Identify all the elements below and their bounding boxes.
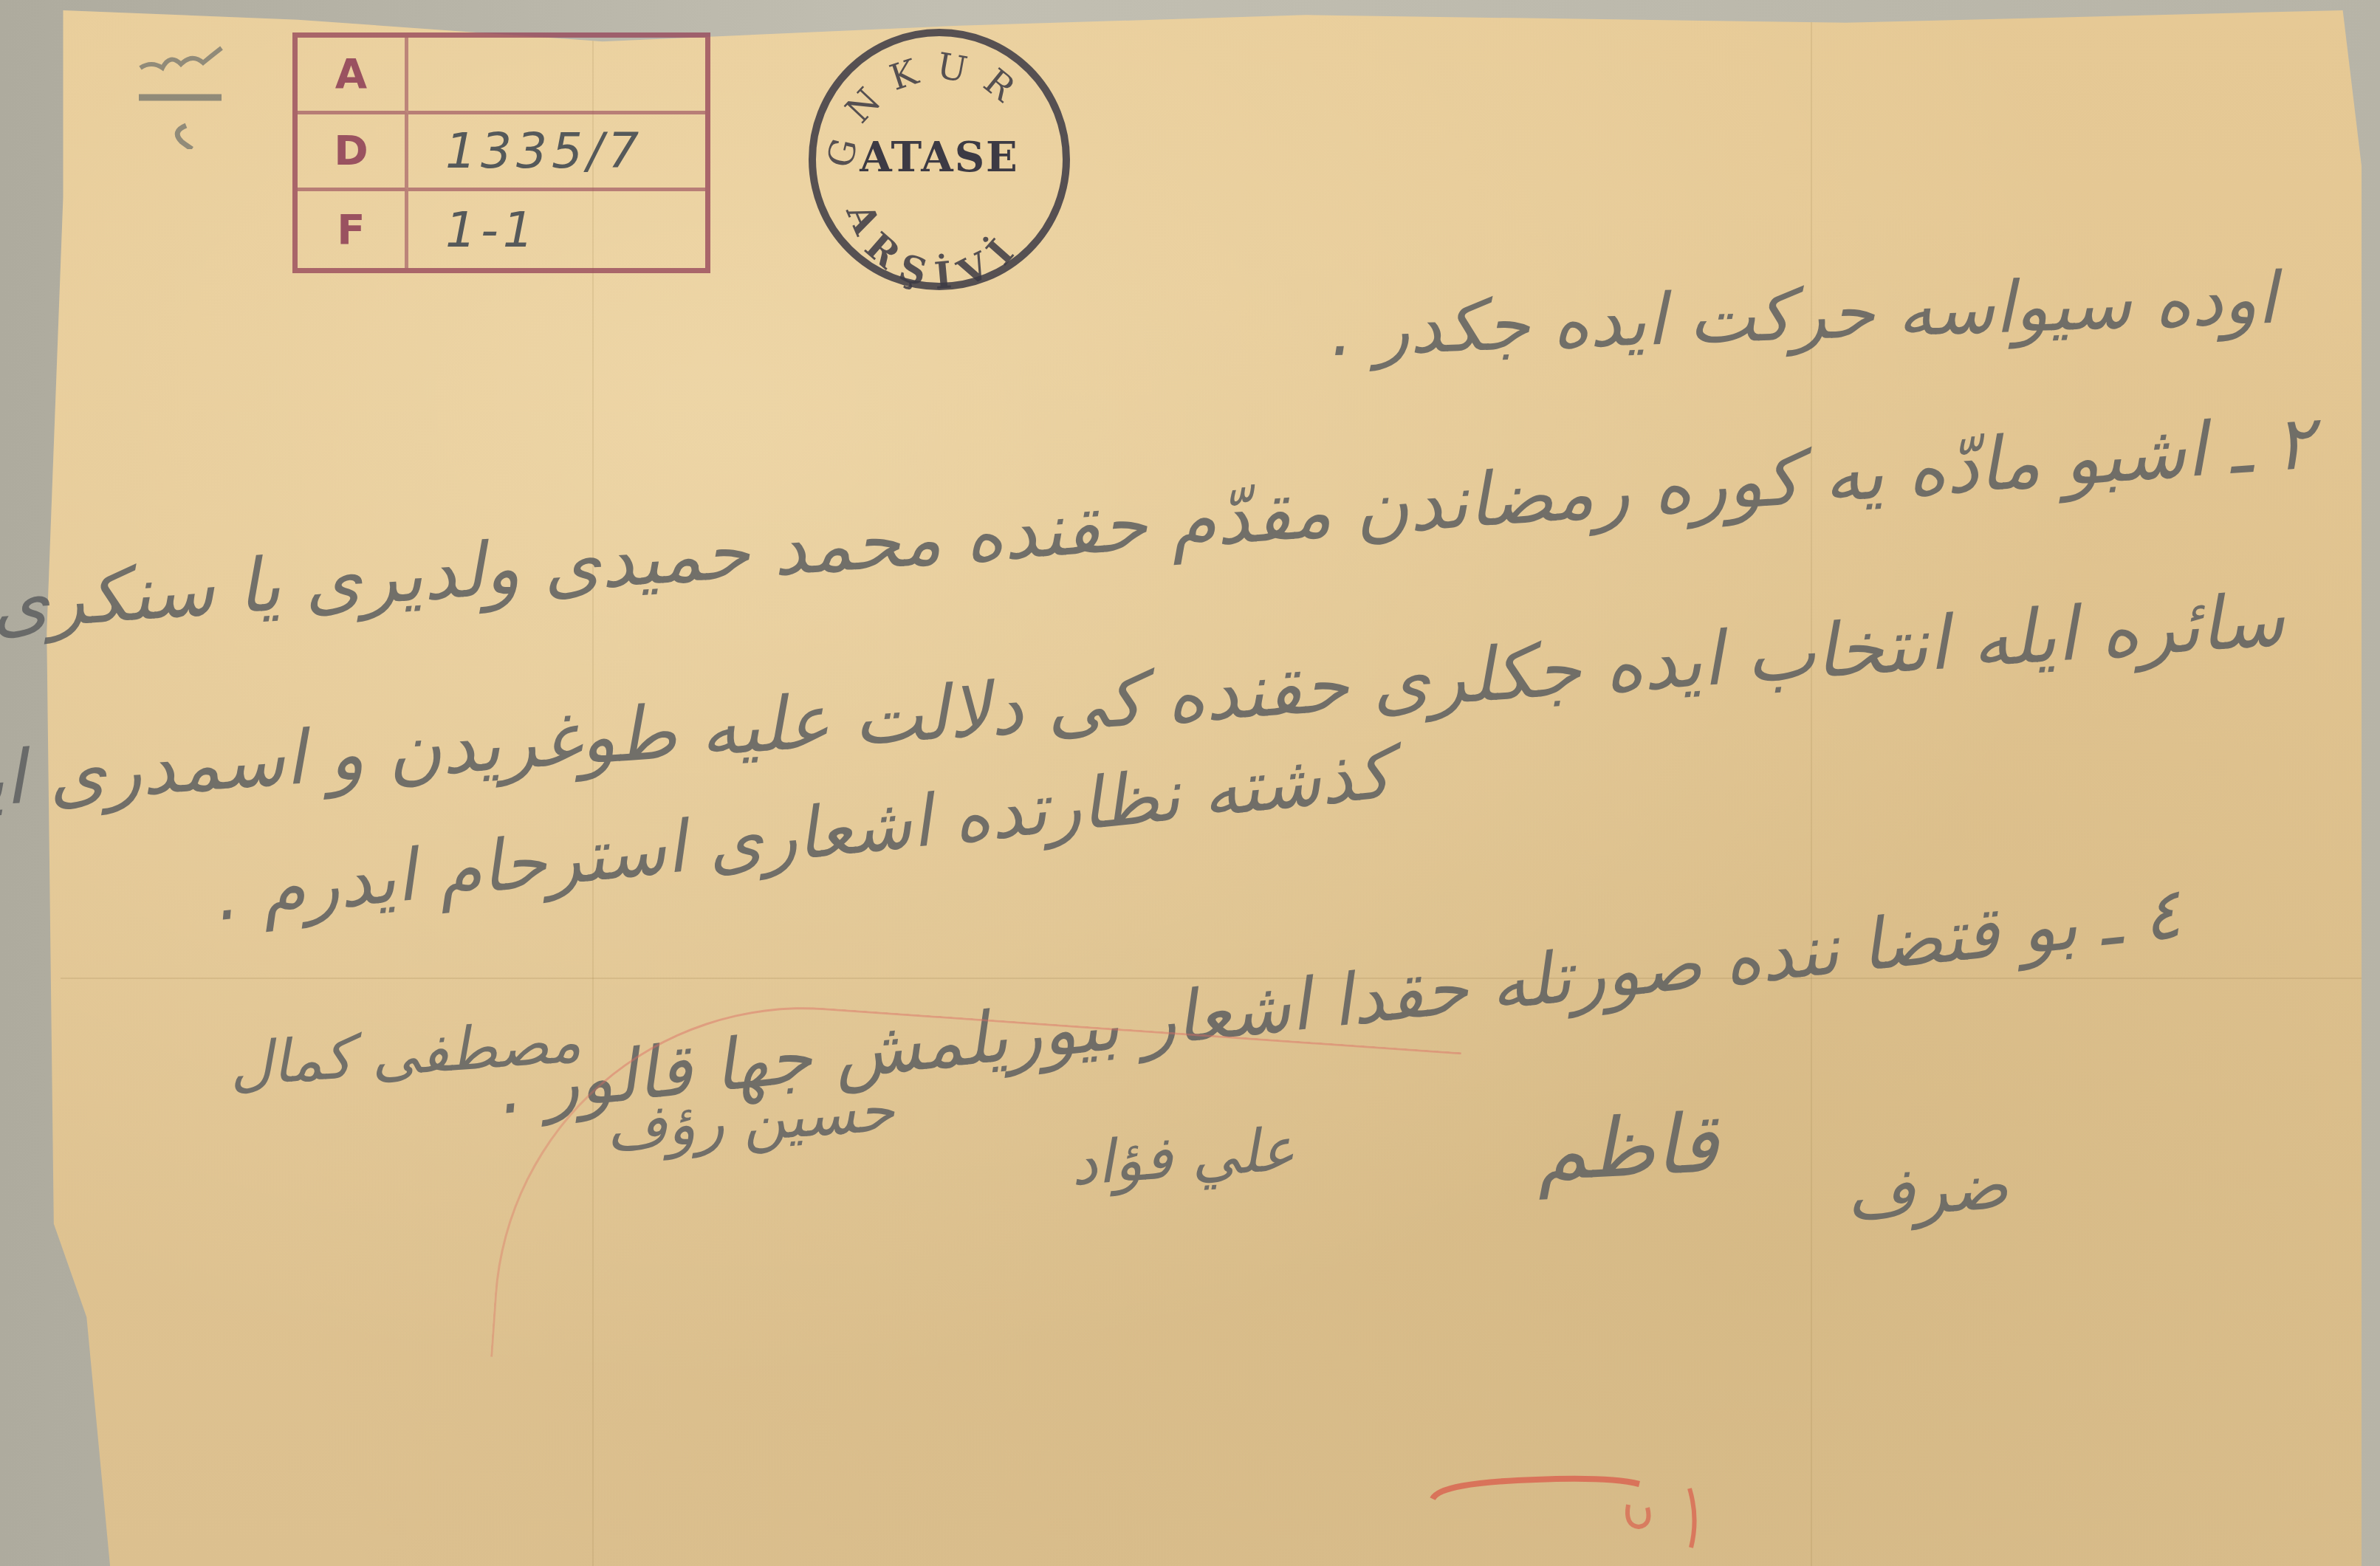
- archive-reference-stamp: A D 1335/7 F 1-1: [292, 32, 710, 273]
- red-page-number-mark: [1418, 1469, 1831, 1558]
- archive-label-a: A: [298, 38, 408, 114]
- round-stamp-bottom-text: ARŞİVİ: [837, 196, 1031, 297]
- archive-value-f: 1-1: [408, 191, 705, 268]
- paper-fold-line: [1811, 10, 1812, 1566]
- margin-note-scribble-icon: [133, 38, 229, 149]
- signature-kazim: قاظم: [1534, 1096, 1721, 1200]
- margin-note: [133, 38, 229, 149]
- archive-label-d: D: [298, 114, 408, 191]
- signature-5: ضرف: [1844, 1146, 2011, 1234]
- round-stamp-center-text: ATASE: [802, 133, 1077, 182]
- svg-text:ARŞİVİ: ARŞİVİ: [837, 196, 1031, 297]
- line-marker: ٢ ـ: [2226, 399, 2316, 491]
- red-bracket-icon: [1418, 1469, 1831, 1558]
- archive-value-a: [408, 38, 705, 114]
- line-marker: ٤ ـ: [2096, 871, 2185, 962]
- archive-value-d: 1335/7: [408, 114, 705, 191]
- gnkur-atase-archive-stamp: GNKUR ARŞİVİ ATASE: [802, 22, 1077, 297]
- archive-label-f: F: [298, 191, 408, 268]
